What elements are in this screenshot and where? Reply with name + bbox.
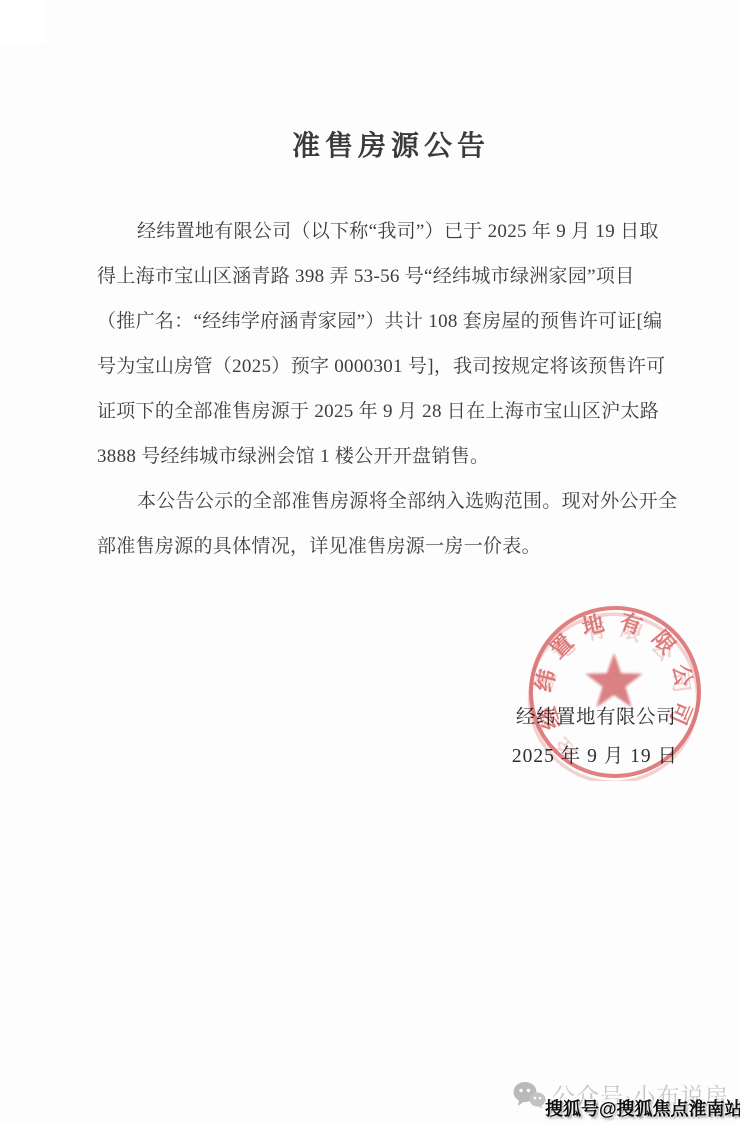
announcement-page: 准售房源公告 经纬置地有限公司（以下称“我司”）已于 2025 年 9 月 19… <box>0 0 740 1124</box>
body-line: 证项下的全部准售房源于 2025 年 9 月 28 日在上海市宝山区沪太路 <box>97 389 682 434</box>
body-line: 部准售房源的具体情况，详见准售房源一房一价表。 <box>97 524 682 569</box>
body-line: 得上海市宝山区涵青路 398 弄 53-56 号“经纬城市绿洲家园”项目 <box>97 254 682 299</box>
body-line: 3888 号经纬城市绿洲会馆 1 楼公开开盘销售。 <box>97 434 682 479</box>
company-seal-stamp: 经纬置地有限公司 经纬置地有限公司 <box>526 603 704 781</box>
seal-star-icon <box>586 653 643 707</box>
sohu-watermark-text: 搜狐号@搜狐焦点淮南站 <box>545 1095 740 1121</box>
wechat-icon <box>512 1081 546 1109</box>
document-body: 经纬置地有限公司（以下称“我司”）已于 2025 年 9 月 19 日取 得上海… <box>97 209 682 569</box>
company-seal: 经纬置地有限公司 经纬置地有限公司 <box>526 603 704 781</box>
body-line: 本公告公示的全部准售房源将全部纳入选购范围。现对外公开全 <box>97 479 682 524</box>
scan-artifact <box>0 0 46 44</box>
body-line: 号为宝山房管（2025）预字 0000301 号]，我司按规定将该预售许可 <box>97 344 682 389</box>
body-line: （推广名：“经纬学府涵青家园”）共计 108 套房屋的预售许可证[编 <box>97 299 682 344</box>
document-title: 准售房源公告 <box>292 124 490 164</box>
body-line: 经纬置地有限公司（以下称“我司”）已于 2025 年 9 月 19 日取 <box>97 209 682 254</box>
